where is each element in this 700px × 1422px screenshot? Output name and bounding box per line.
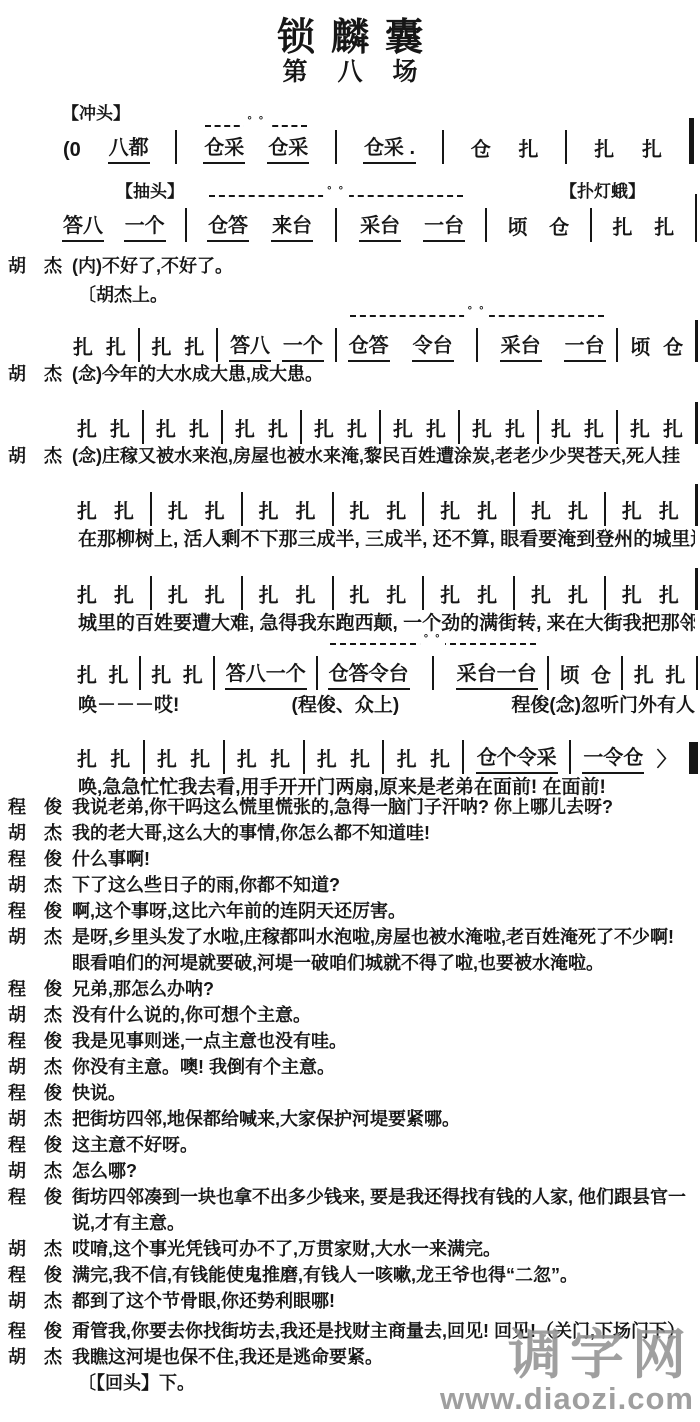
speaker-name: 程 俊 [8, 1318, 72, 1344]
notation-cell: 一个 [124, 216, 166, 242]
barline [476, 328, 478, 362]
speech-line: 胡 杰都到了这个节骨眼,你还势利眼哪! [8, 1288, 696, 1314]
notation-cell: 〉 [656, 750, 678, 774]
notation-cell: 扎 [518, 140, 540, 164]
speaker-name: 胡 杰 [8, 1158, 72, 1184]
notation-cell: 采台 [500, 336, 542, 362]
barline [241, 492, 243, 526]
notation-cell: 扎 [385, 502, 407, 526]
speaker-name: 胡 杰 [8, 253, 72, 279]
notation-cell: 一令仓 [582, 748, 644, 774]
notation-cell: 扎 [156, 750, 178, 774]
notation-cell: 扎 [189, 750, 211, 774]
notation-cell: 扎 [204, 586, 226, 610]
speech-text: 我是见事则迷,一点主意也没有哇。 [72, 1028, 696, 1054]
notation-cell: 扎 [76, 666, 98, 690]
barline [223, 740, 225, 774]
notation-cell: 扎 [295, 502, 317, 526]
notation-cell: 扎 [658, 502, 680, 526]
speaker-name: 胡 杰 [8, 820, 72, 846]
barline [616, 410, 618, 444]
notation-cell: 扎 [109, 750, 131, 774]
percussion-notation-line: 答八一个° °仓答来台采台一台顷仓扎扎 [62, 202, 697, 242]
barline [695, 402, 698, 444]
barline [458, 410, 460, 444]
speaker-name: 程 俊 [8, 1028, 72, 1054]
tie-ornament-oo: ° ° [464, 306, 490, 317]
speech-text: 我的老大哥,这么大的事情,你怎么都不知道哇! [72, 820, 696, 846]
barline [138, 328, 140, 362]
barline [185, 208, 187, 242]
score-page: 锁麟囊 第八场 【冲头】 (0八都° °仓采仓采仓采 .仓扎扎扎 【抽头】 【扑… [0, 0, 700, 1422]
notation-cell: 扎 [76, 420, 98, 444]
barline [300, 410, 302, 444]
barline [616, 328, 618, 362]
percussion-label-chongtou: 【冲头】 [62, 99, 130, 124]
speech-line: 程 俊什么事啊! [8, 846, 696, 872]
notation-cell: 扎 [392, 420, 414, 444]
percussion-label-choutou: 【抽头】 [116, 177, 184, 202]
lyric-line: 唤－－－哎!(程俊、众上)程俊(念)忽听门外有人 [78, 690, 695, 717]
tie-group: ° °仓答令台采台一台 [328, 656, 538, 690]
notation-cell: 扎 [567, 502, 589, 526]
notation-cell: 扎 [593, 140, 615, 164]
notation-cell: 扎 [113, 586, 135, 610]
lyric-segment: (程俊、众上) [292, 690, 400, 717]
speech-line: 程 俊这主意不好呀。 [8, 1132, 696, 1158]
barline [241, 576, 243, 610]
notation-cell: 仓采 [267, 138, 309, 164]
speech-line: 程 俊街坊四邻凑到一块也拿不出多少钱来, 要是我还得找有钱的人家, 他们跟县官一… [8, 1184, 696, 1236]
speech-line: 胡 杰 (念)庄稼又被水来泡,房屋也被水来淹,黎民百姓遭涂炭,老老少少哭苍天,死… [8, 443, 696, 469]
notation-cell: 扎 [258, 502, 280, 526]
barline [621, 656, 623, 690]
barline [335, 208, 337, 242]
speaker-name: 程 俊 [8, 846, 72, 872]
notation-cell: (0 [62, 140, 82, 164]
notation-cell: 扎 [653, 218, 675, 242]
notation-cell: 扎 [204, 502, 226, 526]
notation-cell: 仓 [590, 666, 612, 690]
barline [432, 656, 434, 690]
speaker-name: 程 俊 [8, 976, 72, 1002]
notation-cell: 扎 [155, 420, 177, 444]
speaker-name: 胡 杰 [8, 1002, 72, 1028]
notation-cell: 扎 [550, 420, 572, 444]
barline [695, 484, 698, 526]
barline [513, 492, 515, 526]
speech-text: 都到了这个节骨眼,你还势利眼哪! [72, 1288, 696, 1314]
lyric-line: 城里的百姓要遭大难, 急得我东跑西颠, 一个劲的满街转, 来在大街我把那邻居 [78, 608, 695, 635]
speech-line: 程 俊满完,我不信,有钱能使鬼推磨,有钱人一咳嗽,龙王爷也得“二忽”。 [8, 1262, 696, 1288]
notation-cell: 扎 [76, 586, 98, 610]
notation-cell: 扎 [113, 502, 135, 526]
speech-line: 胡 杰你没有主意。噢! 我倒有个主意。 [8, 1054, 696, 1080]
percussion-notation-line: 扎扎扎扎答八一个° °仓答令台采台一台顷仓 [72, 322, 698, 362]
speech-line: 胡 杰下了这么些日子的雨,你都不知道? [8, 872, 696, 898]
speech-line: 程 俊兄弟,那怎么办呐? [8, 976, 696, 1002]
notation-cell: 仓答令台 [328, 664, 410, 690]
speech-text: 什么事啊! [72, 846, 696, 872]
notation-cell: 扎 [530, 586, 552, 610]
stage-direction: 〔胡杰上。 [78, 281, 168, 307]
barline [695, 320, 698, 362]
notation-cell: 答八一个 [225, 664, 307, 690]
speech-text: 甭管我,你要去你找街坊去,我还是找财主商量去,回见! 回见!（关门,下场门下） [72, 1318, 696, 1344]
barline [604, 576, 606, 610]
barline [689, 742, 698, 774]
percussion-notation-line: (0八都° °仓采仓采仓采 .仓扎扎扎 [62, 124, 694, 164]
barline [590, 208, 592, 242]
speaker-name: 程 俊 [8, 898, 72, 924]
notation-cell: 扎 [151, 338, 173, 362]
barline [513, 576, 515, 610]
speech-line: 胡 杰没有什么说的,你可想个主意。 [8, 1002, 696, 1028]
speech-line: 程 俊我是见事则迷,一点主意也没有哇。 [8, 1028, 696, 1054]
speech-text: 没有什么说的,你可想个主意。 [72, 1002, 696, 1028]
percussion-notation-line: 扎扎扎扎扎扎扎扎扎扎扎扎扎扎 [76, 570, 698, 610]
barline [143, 740, 145, 774]
tie-ornament-oo: ° ° [420, 634, 446, 645]
barline [695, 194, 697, 242]
speech-text: 把街坊四邻,地保都给喊来,大家保护河堤要紧哪。 [72, 1106, 696, 1132]
notation-cell: 扎 [182, 666, 204, 690]
notation-cell: 扎 [348, 586, 370, 610]
barline [689, 118, 694, 164]
notation-cell: 一台 [423, 216, 465, 242]
notation-cell: 仓 [548, 218, 570, 242]
notation-cell: 扎 [471, 420, 493, 444]
notation-cell: 扎 [429, 750, 451, 774]
speaker-name: 程 俊 [8, 1184, 72, 1236]
notation-cell: 仓答 [207, 216, 249, 242]
notation-cell: 扎 [346, 420, 368, 444]
notation-cell: 仓答 [348, 336, 390, 362]
notation-cell: 采台 [359, 216, 401, 242]
notation-cell: 扎 [258, 586, 280, 610]
speech-text: (念)庄稼又被水来泡,房屋也被水来淹,黎民百姓遭涂炭,老老少少哭苍天,死人挂 [72, 443, 696, 469]
speech-text: 下了这么些日子的雨,你都不知道? [72, 872, 696, 898]
speaker-name: 程 俊 [8, 794, 72, 820]
lyric-segment: 程俊(念)忽听门外有人 [511, 690, 695, 717]
speaker-name: 程 俊 [8, 1080, 72, 1106]
speech-line: 程 俊啊,这个事呀,这比六年前的连阴天还厉害。 [8, 898, 696, 924]
notation-cell: 扎 [567, 586, 589, 610]
speech-text: (念)今年的大水成大患,成大患。 [72, 361, 696, 387]
speaker-name: 胡 杰 [8, 1054, 72, 1080]
tie-group: ° °仓答令台采台一台 [348, 328, 606, 362]
notation-cell: 扎 [629, 420, 651, 444]
notation-cell: 扎 [72, 338, 94, 362]
notation-cell: 答八 [62, 216, 104, 242]
notation-cell: 扎 [349, 750, 371, 774]
notation-cell: 顷 [559, 666, 581, 690]
speech-line: 胡 杰哎唷,这个事光凭钱可办不了,万贯家财,大水一来满完。 [8, 1236, 696, 1262]
barline [537, 410, 539, 444]
tie-ornament-oo: ° ° [243, 116, 269, 127]
notation-cell: 扎 [167, 586, 189, 610]
notation-cell: 扎 [425, 420, 447, 444]
lyric-line: 在那柳树上, 活人剩不下那三成半, 三成半, 还不算, 眼看要淹到登州的城里边, [78, 524, 695, 551]
notation-cell: 扎 [316, 750, 338, 774]
dialogue-block: 程 俊我说老弟,你干吗这么慌里慌张的,急得一脑门子汗呐? 你上哪儿去呀?胡 杰我… [8, 794, 696, 1396]
notation-cell: 顷 [506, 218, 528, 242]
notation-cell: 扎 [583, 420, 605, 444]
notation-cell: 扎 [76, 502, 98, 526]
notation-cell: 扎 [188, 420, 210, 444]
speaker-name: 胡 杰 [8, 443, 72, 469]
notation-cell: 扎 [504, 420, 526, 444]
speech-text: 我瞧这河堤也保不住,我还是逃命要紧。 [72, 1344, 696, 1370]
notation-cell: 扎 [313, 420, 335, 444]
notation-cell: 仓个令采 [476, 748, 558, 774]
notation-cell: 扎 [109, 420, 131, 444]
stage-direction-text: 〔【回头】下。 [78, 1370, 195, 1396]
notation-cell: 扎 [76, 750, 98, 774]
notation-cell: 扎 [612, 218, 634, 242]
barline [332, 492, 334, 526]
speaker-name: 程 俊 [8, 1132, 72, 1158]
notation-cell: 顷 [629, 338, 651, 362]
barline [221, 410, 223, 444]
barline [485, 208, 487, 242]
stage-direction: 〔【回头】下。 [78, 1370, 696, 1396]
notation-cell: 仓 [470, 140, 492, 164]
speech-line: 程 俊我说老弟,你干吗这么慌里慌张的,急得一脑门子汗呐? 你上哪儿去呀? [8, 794, 696, 820]
notation-cell: 扎 [105, 338, 127, 362]
notation-cell: 扎 [621, 586, 643, 610]
barline [379, 410, 381, 444]
speech-text: 是呀,乡里头发了水啦,庄稼都叫水泡啦,房屋也被水淹啦,老百姓淹死了不少啊! 眼看… [72, 924, 696, 976]
barline [139, 656, 141, 690]
scene-subtitle: 第八场 [0, 52, 700, 88]
notation-cell: 扎 [295, 586, 317, 610]
speech-text: 街坊四邻凑到一块也拿不出多少钱来, 要是我还得找有钱的人家, 他们跟县官一说,才… [72, 1184, 696, 1236]
barline [422, 576, 424, 610]
notation-cell: 扎 [396, 750, 418, 774]
speech-text: (内)不好了,不好了。 [72, 253, 696, 279]
notation-cell: 扎 [476, 586, 498, 610]
notation-cell: 扎 [530, 502, 552, 526]
barline [422, 492, 424, 526]
barline [335, 328, 337, 362]
barline [382, 740, 384, 774]
notation-cell: 来台 [271, 216, 313, 242]
notation-cell: 扎 [641, 140, 663, 164]
notation-cell: 扎 [167, 502, 189, 526]
speech-line: 程 俊快说。 [8, 1080, 696, 1106]
barline [303, 740, 305, 774]
speech-line: 胡 杰怎么哪? [8, 1158, 696, 1184]
barline [175, 130, 177, 164]
barline [569, 740, 571, 774]
speech-line: 程 俊甭管我,你要去你找街坊去,我还是找财主商量去,回见! 回见!（关门,下场门… [8, 1318, 696, 1344]
notation-cell: 扎 [234, 420, 256, 444]
notation-cell: 仓 [662, 338, 684, 362]
speech-line: 胡 杰 (内)不好了,不好了。 [8, 253, 696, 279]
speech-text: 你没有主意。噢! 我倒有个主意。 [72, 1054, 696, 1080]
notation-cell: 扎 [439, 502, 461, 526]
notation-cell: 扎 [150, 666, 172, 690]
speaker-name: 胡 杰 [8, 361, 72, 387]
notation-cell: 扎 [236, 750, 258, 774]
percussion-label-pudenge: 【扑灯蛾】 [560, 177, 645, 202]
speech-line: 胡 杰我瞧这河堤也保不住,我还是逃命要紧。 [8, 1344, 696, 1370]
notation-cell: 扎 [662, 420, 684, 444]
speaker-name: 胡 杰 [8, 1236, 72, 1262]
speaker-name: 胡 杰 [8, 1344, 72, 1370]
speaker-name: 胡 杰 [8, 924, 72, 976]
notation-cell: 答八 [229, 336, 271, 362]
barline [150, 492, 152, 526]
speaker-name: 胡 杰 [8, 872, 72, 898]
speech-text: 满完,我不信,有钱能使鬼推磨,有钱人一咳嗽,龙王爷也得“二忽”。 [72, 1262, 696, 1288]
notation-cell: 扎 [385, 586, 407, 610]
barline [462, 740, 464, 774]
barline [216, 328, 218, 362]
barline [695, 568, 698, 610]
notation-cell: 扎 [439, 586, 461, 610]
speech-text: 怎么哪? [72, 1158, 696, 1184]
notation-cell: 扎 [633, 666, 655, 690]
notation-cell: 扎 [621, 502, 643, 526]
speech-line: 胡 杰我的老大哥,这么大的事情,你怎么都不知道哇! [8, 820, 696, 846]
speaker-name: 胡 杰 [8, 1106, 72, 1132]
barline [316, 656, 318, 690]
percussion-notation-line: 扎扎扎扎扎扎扎扎扎扎扎扎扎扎 [76, 486, 698, 526]
percussion-notation-line: 扎扎扎扎扎扎扎扎扎扎仓个令采一令仓〉 [76, 734, 698, 774]
notation-cell: 令台 [412, 336, 454, 362]
notation-cell: 仓采 . [363, 138, 416, 164]
notation-cell: 采台一台 [456, 664, 538, 690]
speech-text: 啊,这个事呀,这比六年前的连阴天还厉害。 [72, 898, 696, 924]
notation-cell: 一台 [564, 336, 606, 362]
barline [332, 576, 334, 610]
notation-cell: 扎 [269, 750, 291, 774]
speech-line: 胡 杰是呀,乡里头发了水啦,庄稼都叫水泡啦,房屋也被水淹啦,老百姓淹死了不少啊!… [8, 924, 696, 976]
tie-group: ° °仓答来台采台一台 [207, 208, 465, 242]
speaker-name: 胡 杰 [8, 1288, 72, 1314]
barline [547, 656, 549, 690]
barline [213, 656, 215, 690]
notation-cell: 八都 [108, 138, 150, 164]
barline [696, 656, 698, 690]
notation-cell: 扎 [348, 502, 370, 526]
barline [335, 130, 337, 164]
speech-text: 这主意不好呀。 [72, 1132, 696, 1158]
barline [565, 130, 567, 164]
notation-cell: 扎 [658, 586, 680, 610]
notation-cell: 扎 [107, 666, 129, 690]
speech-text: 我说老弟,你干吗这么慌里慌张的,急得一脑门子汗呐? 你上哪儿去呀? [72, 794, 696, 820]
barline [604, 492, 606, 526]
speech-line: 胡 杰 (念)今年的大水成大患,成大患。 [8, 361, 696, 387]
notation-cell: 一个 [282, 336, 324, 362]
lyric-segment: 唤－－－哎! [78, 690, 179, 717]
tie-ornament-oo: ° ° [323, 186, 349, 197]
barline [142, 410, 144, 444]
notation-cell: 扎 [664, 666, 686, 690]
speaker-name: 程 俊 [8, 1262, 72, 1288]
speech-text: 哎唷,这个事光凭钱可办不了,万贯家财,大水一来满完。 [72, 1236, 696, 1262]
speech-line: 胡 杰把街坊四邻,地保都给喊来,大家保护河堤要紧哪。 [8, 1106, 696, 1132]
notation-cell: 扎 [267, 420, 289, 444]
speech-text: 兄弟,那怎么办呐? [72, 976, 696, 1002]
percussion-notation-line: 扎扎扎扎答八一个° °仓答令台采台一台顷仓扎扎 [76, 650, 698, 690]
speech-text: 快说。 [72, 1080, 696, 1106]
notation-cell: 仓采 [203, 138, 245, 164]
barline [150, 576, 152, 610]
notation-cell: 扎 [183, 338, 205, 362]
percussion-notation-line: 扎扎扎扎扎扎扎扎扎扎扎扎扎扎扎扎 [76, 404, 698, 444]
tie-group: ° °仓采仓采 [203, 138, 309, 164]
barline [442, 130, 444, 164]
notation-cell: 扎 [476, 502, 498, 526]
